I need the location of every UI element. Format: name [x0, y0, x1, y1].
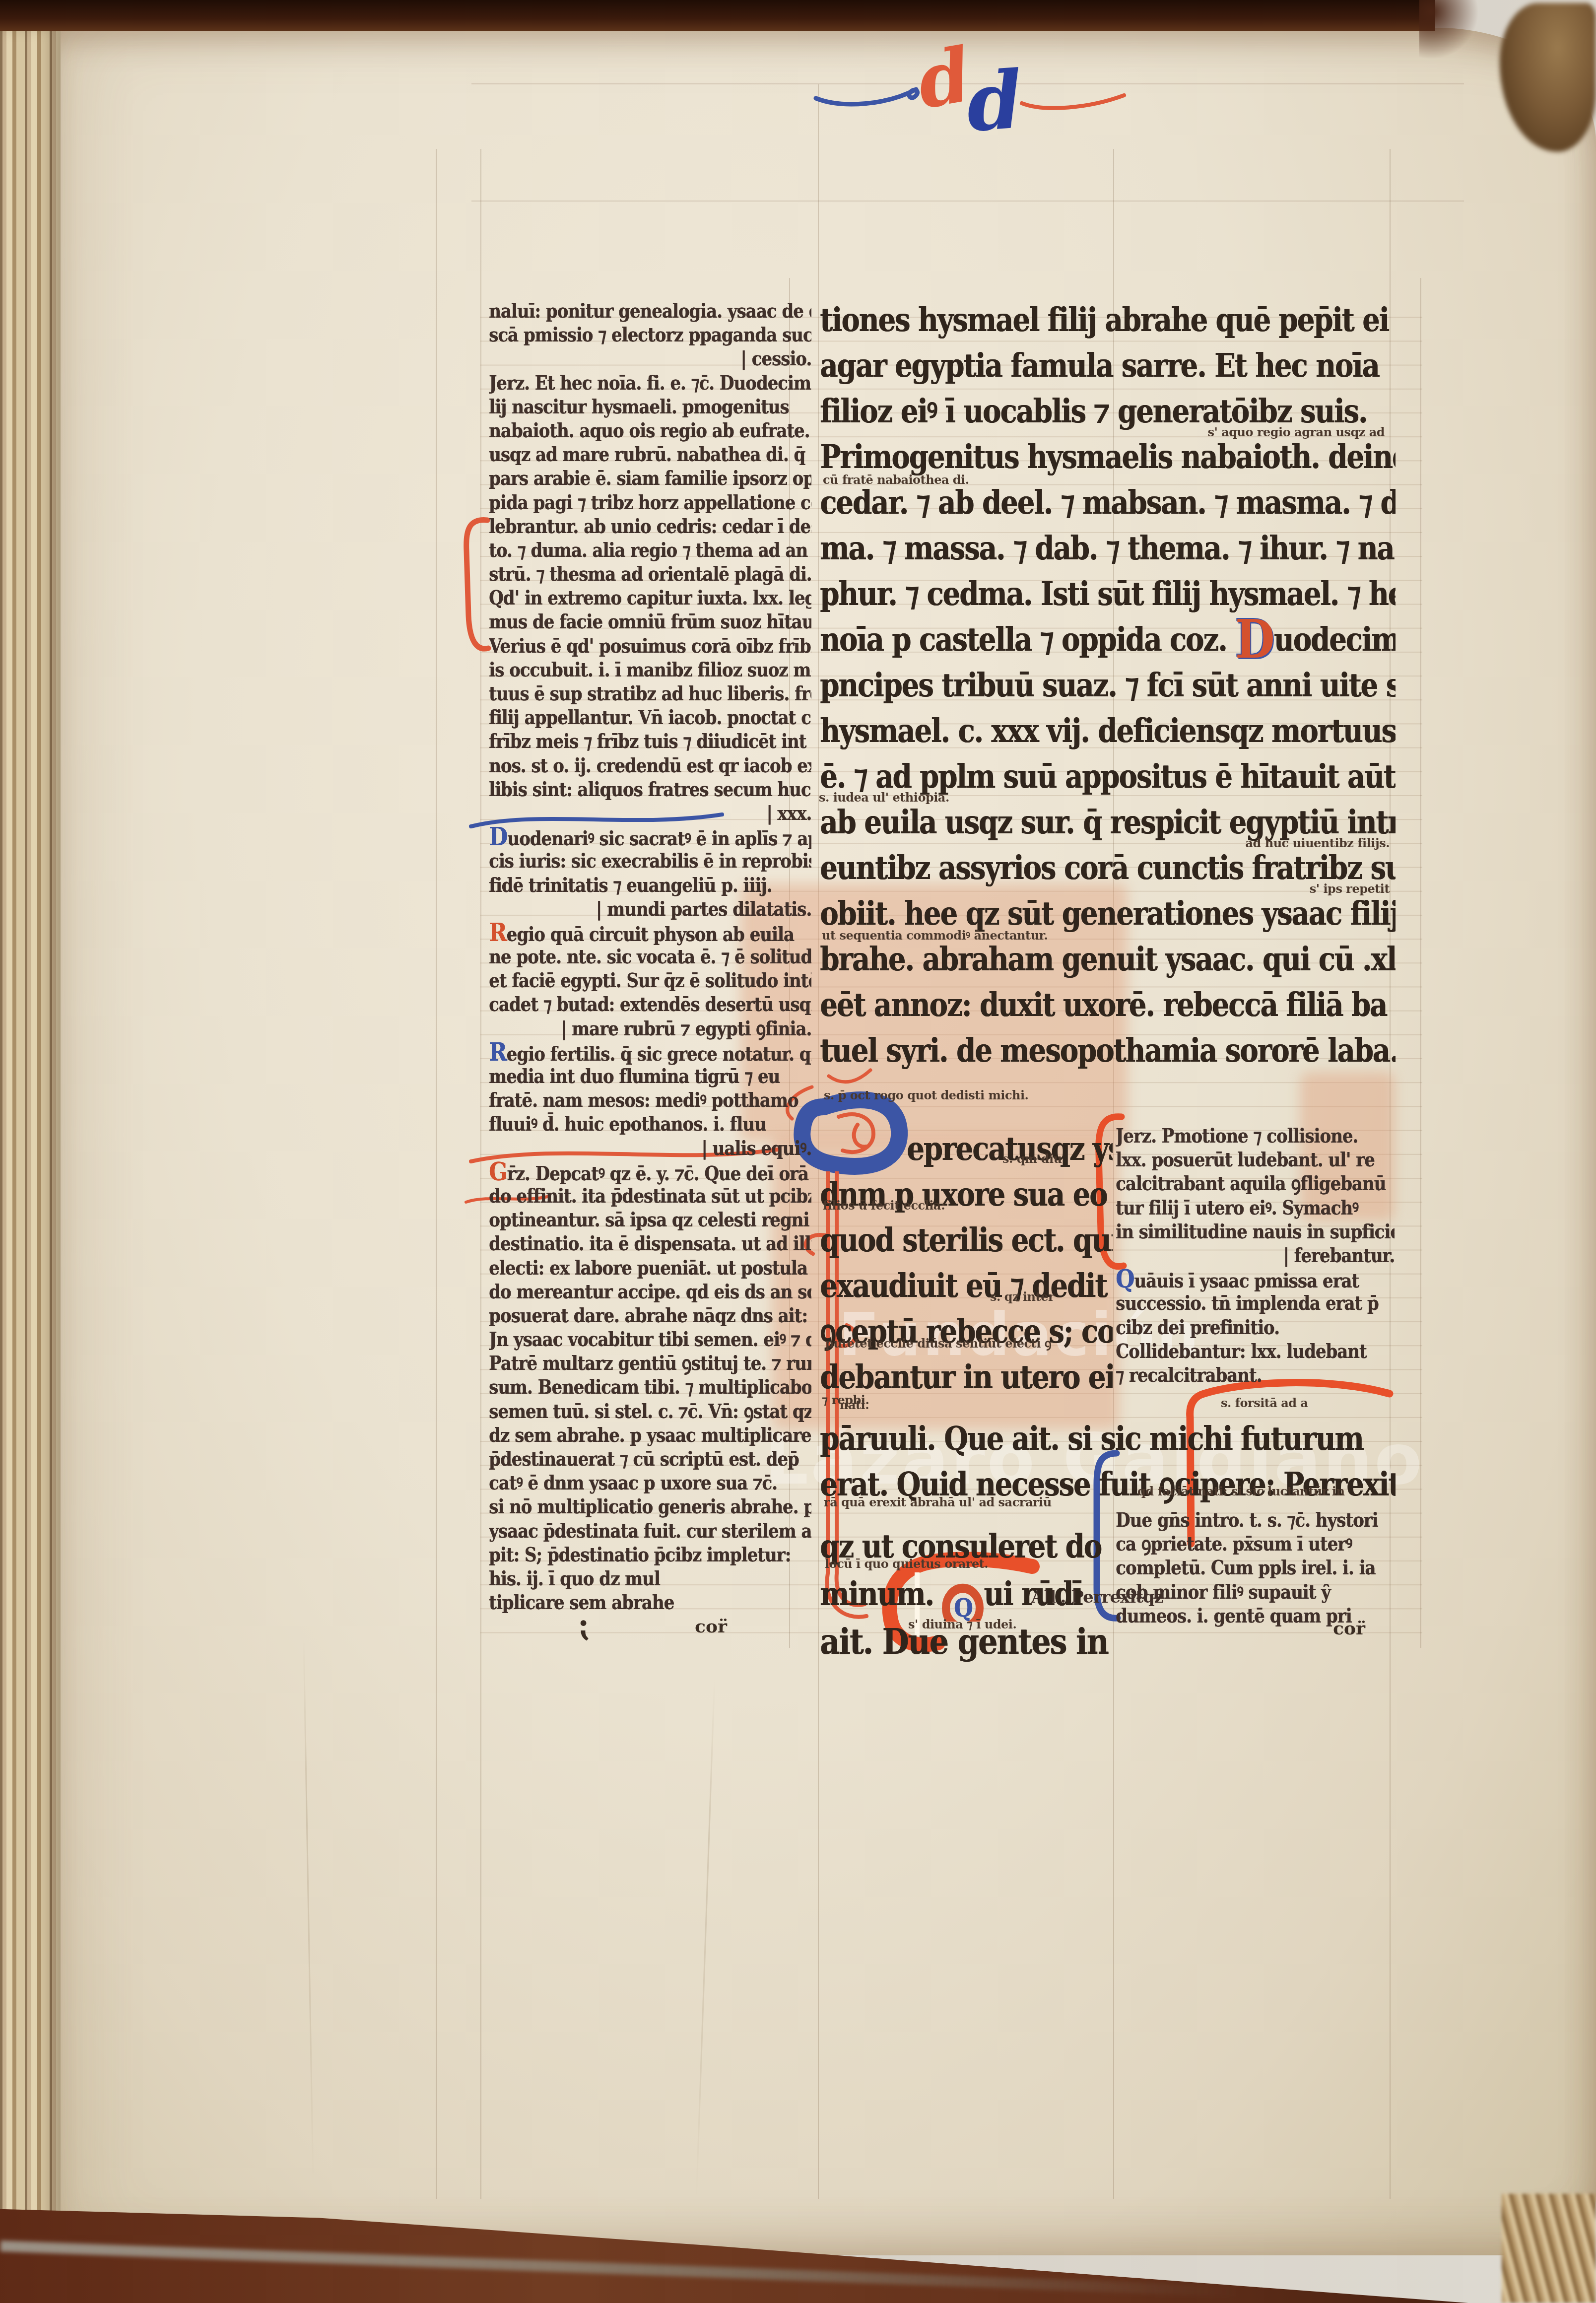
manuscript-text-line: fluuiꝰ d̄. huic epothanos. i. fluu: [489, 1111, 811, 1138]
manuscript-text-line: eēt annoz: duxit uxorē. rebeccā filiā ba: [820, 979, 1396, 1032]
quire-mark-flourish-left: [814, 69, 928, 114]
manuscript-text-line: scā pmissio ⁊ electorz ppaganda suc: [489, 322, 811, 349]
manuscript-text-line: | ualis equiꝰ.: [489, 1135, 811, 1162]
catchword-left: cor̈: [695, 1616, 727, 1637]
manuscript-text-line: fidē trinitatis ⁊ euangeliū p. iiij.: [489, 872, 811, 899]
manuscript-text-line: filij appellantur. Vn̄ iacob. pnoctat co…: [489, 704, 811, 732]
manuscript-text-line: do mereantur accipe. qd eis ds an scla d…: [489, 1279, 811, 1306]
line8-post: uodecim: [1274, 621, 1396, 659]
manuscript-text-line: destinatio. ita ē dispensata. ut ad illu…: [489, 1230, 811, 1258]
manuscript-text-line: ma. ⁊ massa. ⁊ dab. ⁊ thema. ⁊ ihur. ⁊ n…: [820, 522, 1396, 575]
catchword-flourish: ⁏: [580, 1606, 592, 1643]
manuscript-text-line: Due gn̄s intro. t. s. ⁊c̄. hystori: [1116, 1507, 1395, 1534]
interlinear-gloss: putetet ecclie diūsa sentiūt electi ꝯ: [825, 1335, 1051, 1352]
manuscript-text-line: in similitudine nauis in supficie: [1116, 1219, 1395, 1246]
main-text-column-mid: pncipes tribuū suaz. ⁊ fcī sūt anni uite…: [820, 659, 1396, 1076]
manuscript-text-line: nos. st o. ij. credendū est qr iacob exc…: [489, 752, 811, 780]
manuscript-text-line: semen tuū. si stel. c. ⁊c̄. Vn̄: ꝯstat q…: [489, 1398, 811, 1425]
red-bracket-initial: [462, 516, 491, 655]
manuscript-text-line: Patrē multarz gentiū ꝯstituj te. ⁊ rur: [489, 1350, 811, 1377]
quire-mark-blue-d: d: [964, 53, 1026, 149]
manuscript-text-line: nabaioth. aquo ois regio ab eufrate.: [489, 417, 811, 445]
manuscript-text-line: | ferebantur.: [1116, 1242, 1395, 1270]
manuscript-text-line: ca ꝯprietate. px̄sum ī uterꝰ: [1116, 1531, 1395, 1558]
manuscript-text-line: eprecatusqz ysaac: [820, 1123, 1113, 1176]
manuscript-text-line: tiones hysmael filij abrahe quē pep̄it e…: [820, 294, 1396, 347]
interlinear-gloss: s' diuina ⁊ ī udei.: [908, 1617, 1016, 1631]
interlinear-gloss: s' aquo regio agran usqz ad: [1136, 425, 1385, 439]
manuscript-text-line: lebrantur. ab unio cedris: cedar ī deser: [489, 513, 811, 541]
binding-top-edge: [0, 0, 1435, 31]
interlinear-gloss: s. qz inter: [990, 1289, 1054, 1304]
manuscript-text-line: cis iuris: sic execrabilis ē in reprobis…: [489, 848, 811, 875]
manuscript-text-line: dnm p uxore sua eo: [820, 1168, 1113, 1221]
manuscript-text-line: optineantur. sā ipsa qz celesti regni p̄: [489, 1207, 811, 1234]
manuscript-text-line: successio. tn̄ implenda erat p̄: [1116, 1290, 1395, 1317]
page-edge-stack: [0, 26, 61, 2259]
manuscript-text-line: si nō multiplicatio generis abrahe. p: [489, 1493, 811, 1521]
manuscript-text-line: agar egyptia famula sarre. Et hec noīa: [820, 339, 1396, 393]
manuscript-text-line: phur. ⁊ cedma. Isti sūt filij hysmael. ⁊…: [820, 568, 1396, 621]
manuscript-text-line: usqz ad mare rubrū. nabathea di. q̄: [489, 441, 811, 469]
initial-d-duodecim: D: [1235, 613, 1274, 661]
manuscript-text-line: | mundi partes dilatatis.: [489, 896, 811, 923]
manuscript-text-line: tur filij ī utero eiꝰ. Symachꝰ: [1116, 1195, 1395, 1222]
interlinear-gloss: locū ī quo quietus oraret.: [825, 1557, 988, 1571]
manuscript-text-line: fratē. nam mesos: mediꝰ potthamo: [489, 1087, 811, 1114]
interlinear-gloss: cū fratē nabaiothea di.: [823, 473, 969, 487]
page-fan-bottom-right: [1502, 2194, 1596, 2303]
manuscript-text-line: ne pote. nte. sic vocata ē. ⁊ ē solitudo: [489, 944, 811, 971]
manuscript-text-line: hysmael. c. xxx vij. deficiensqz mortuus: [820, 705, 1396, 758]
line8-pre: noīa p castella ⁊ oppida coz.: [820, 621, 1235, 659]
manuscript-text-line: pars arabie ē. siam familie ipsorz op: [489, 465, 811, 492]
manuscript-text-line: | mare rubrū ⁊ egypti ꝯfinia.: [489, 1016, 811, 1043]
manuscript-text-line: Duodenariꝰ sic sacratꝰ ē in aplīs ⁊ apli: [489, 824, 811, 851]
manuscript-text-line: Regio quā circuit physon ab euila: [489, 920, 811, 947]
manuscript-text-line: media int duo flumina tigrū ⁊ eu: [489, 1063, 811, 1090]
manuscript-text-line: | cessio.: [489, 345, 811, 373]
main-text-column-top: tiones hysmael filij abrahe quē pep̄it e…: [820, 294, 1396, 621]
ruling-line-vertical: [436, 149, 437, 2199]
right-gloss-column-1: Jerz. Pmotione ⁊ collisione.lxx. posuerū…: [1116, 1123, 1395, 1391]
manuscript-text-line: frībz meis ⁊ frībz tuis ⁊ diiudicēt int: [489, 728, 811, 755]
manuscript-text-line: pida pagi ⁊ tribz horz appellatione ce: [489, 489, 811, 517]
manuscript-text-line: Gr̄z. Depcatꝰ qz ē. y. ⁊c̄. Que deī orā: [489, 1159, 811, 1186]
manuscript-photo: Fundación Lázaro Galdiano d d: [0, 0, 1596, 2303]
manuscript-text-line: quod sterilis ect. qui: [820, 1214, 1113, 1267]
manuscript-text-line: do effinit. ita p̄destinata sūt ut pcibz: [489, 1183, 811, 1210]
interlinear-gloss: nati.: [840, 1398, 869, 1412]
binding-top-end: [1419, 0, 1479, 60]
manuscript-text-line: tuel syri. de mesopothamia sororē laba.: [820, 1024, 1396, 1076]
main-text-column-narrow2: qz ut consuleret do minum. Qui rūdī ait.…: [820, 1519, 1113, 1668]
left-gloss-column: naluī: ponitur genealogia. ysaac de quos…: [489, 298, 811, 1628]
manuscript-text-line: cob minor filiꝰ supauit y̑: [1116, 1579, 1395, 1606]
manuscript-text-line: Regio fertilis. q̄ sic grece notatur. qr: [489, 1039, 811, 1067]
catchword-right: cor̈: [1333, 1618, 1365, 1639]
manuscript-text-line: Jerz. Pmotione ⁊ collisione.: [1116, 1123, 1395, 1150]
manuscript-text-line: et faciē egypti. Sur q̄z ē solitudo intē: [489, 967, 811, 995]
manuscript-text-line: sum. Benedicam tibi. ⁊ multiplicabo: [489, 1374, 811, 1401]
interlinear-gloss: ad huc uiuentibz filijs.: [1161, 836, 1390, 850]
manuscript-text-line: cibz dei prefinitio.: [1116, 1314, 1395, 1342]
manuscript-text-line: calcitrabant aquila ꝯfligebanū: [1116, 1170, 1395, 1198]
manuscript-text-line: completū. Cum ppls irel. i. ia: [1116, 1555, 1395, 1582]
manuscript-text-line: libis sint: aliquos fratres secum huc: [489, 776, 811, 804]
manuscript-text-line: posuerat dare. abrahe nāqz dns ait:: [489, 1302, 811, 1330]
narrow2-line2: minum. Qui rūdī: [820, 1566, 1113, 1622]
interlinear-gloss: qd faciāt nati: si sic luctantūr in: [1137, 1484, 1344, 1498]
manuscript-text-line: tuus ē sup stratibz ad huc liberis. frēs…: [489, 680, 811, 708]
interlinear-gloss: s. iudea ul' ethiopia.: [819, 790, 949, 805]
interlinear-gloss: s. qm diu: [1002, 1151, 1062, 1166]
manuscript-text-line: pncipes tribuū suaz. ⁊ fcī sūt anni uite…: [820, 659, 1396, 712]
manuscript-text-line: catꝰ ē dnm ysaac p uxore sua ⁊c̄.: [489, 1470, 811, 1497]
manuscript-text-line: his. ij. ī quo dz mul: [489, 1565, 811, 1593]
manuscript-text-line: lij nascitur hysmaeli. pmogenitus: [489, 394, 811, 421]
quire-mark-flourish-right: [1020, 88, 1129, 118]
manuscript-text-line: Jn ysaac vocabitur tibi semen. eiꝰ ⁊ dix…: [489, 1326, 811, 1354]
manuscript-text-line: naluī: ponitur genealogia. ysaac de quo: [489, 298, 811, 325]
manuscript-text-line: Collidebantur: lxx. ludebant: [1116, 1338, 1395, 1365]
manuscript-text-line: strū. ⁊ thesma ad orientalē plagā di.: [489, 561, 811, 588]
manuscript-text-line: cadet ⁊ butad: extendēs desertū usqz ad: [489, 991, 811, 1018]
manuscript-text-line: Qd' in extremo capitur iuxta. lxx. legi: [489, 585, 811, 612]
manuscript-text-line: dz sem abrahe. p ysaac multiplicare: [489, 1422, 811, 1449]
manuscript-text-line: pāruuli. Que ait. si sic michi futurum: [820, 1413, 1396, 1466]
manuscript-text-line: lxx. posuerūt ludebant. ul' re: [1116, 1147, 1395, 1174]
manuscript-text-line: Jerz. Et hec noīa. fi. e. ⁊c̄. Duodecim …: [489, 370, 811, 397]
manuscript-text-line: ⁊ recalcitrabant.: [1116, 1362, 1395, 1389]
interlinear-gloss: s. forsitā ad a: [1221, 1396, 1308, 1410]
manuscript-text-line: is occubuit. i. ī manibz filioz suoz mor: [489, 657, 811, 684]
interlinear-gloss: filios ū fecit ecclia:: [823, 1198, 945, 1213]
manuscript-text-line: electi: ex labore pueniāt. ut postula: [489, 1255, 811, 1282]
main-text-line8: noīa p castella ⁊ oppida coz. Duodecim: [820, 613, 1396, 661]
manuscript-text-line: | xxx.: [489, 800, 811, 827]
manuscript-text-line: to. ⁊ duma. alia regio ⁊ thema ad an: [489, 537, 811, 564]
manuscript-text-line: exaudiuit eū ⁊ dedit: [820, 1260, 1113, 1313]
interlinear-gloss: rā quā erexit abrahā ul' ad sacrariū: [824, 1495, 1052, 1509]
manuscript-text-line: tiplicare sem abrahe: [489, 1589, 811, 1617]
manuscript-text-line: p̄destinauerat ⁊ cū scriptū est. dep̄: [489, 1446, 811, 1473]
manuscript-text-line: mus de facie omniū frūm suoz hītauit.: [489, 609, 811, 636]
ruling-line-horizontal: [471, 201, 1464, 202]
manuscript-text-line: Verius ē qd' posuimus corā oībz frībz su: [489, 633, 811, 660]
interlinear-gloss: s' ips repetit: [1231, 881, 1390, 896]
manuscript-text-line: Quāuis ī ysaac pmissa erat: [1116, 1266, 1395, 1293]
interlinear-gloss: s. p̄ oct rogo quot dedisti michi.: [824, 1088, 1028, 1102]
right-gloss-column-2: Due gn̄s intro. t. s. ⁊c̄. hystorica ꝯpr…: [1116, 1507, 1395, 1631]
main-text-column-narrow: eprecatusqz ysaacdnm p uxore sua eoquod …: [820, 1123, 1113, 1401]
interlinear-gloss: ut sequentia commodiꝰ ānectantur.: [822, 927, 1048, 944]
manuscript-text-line: ysaac p̄destinata fuit. cur sterilem acc…: [489, 1518, 811, 1545]
manuscript-text-line: pit: S; p̄destinatio p̄cibz impletur:: [489, 1542, 811, 1569]
